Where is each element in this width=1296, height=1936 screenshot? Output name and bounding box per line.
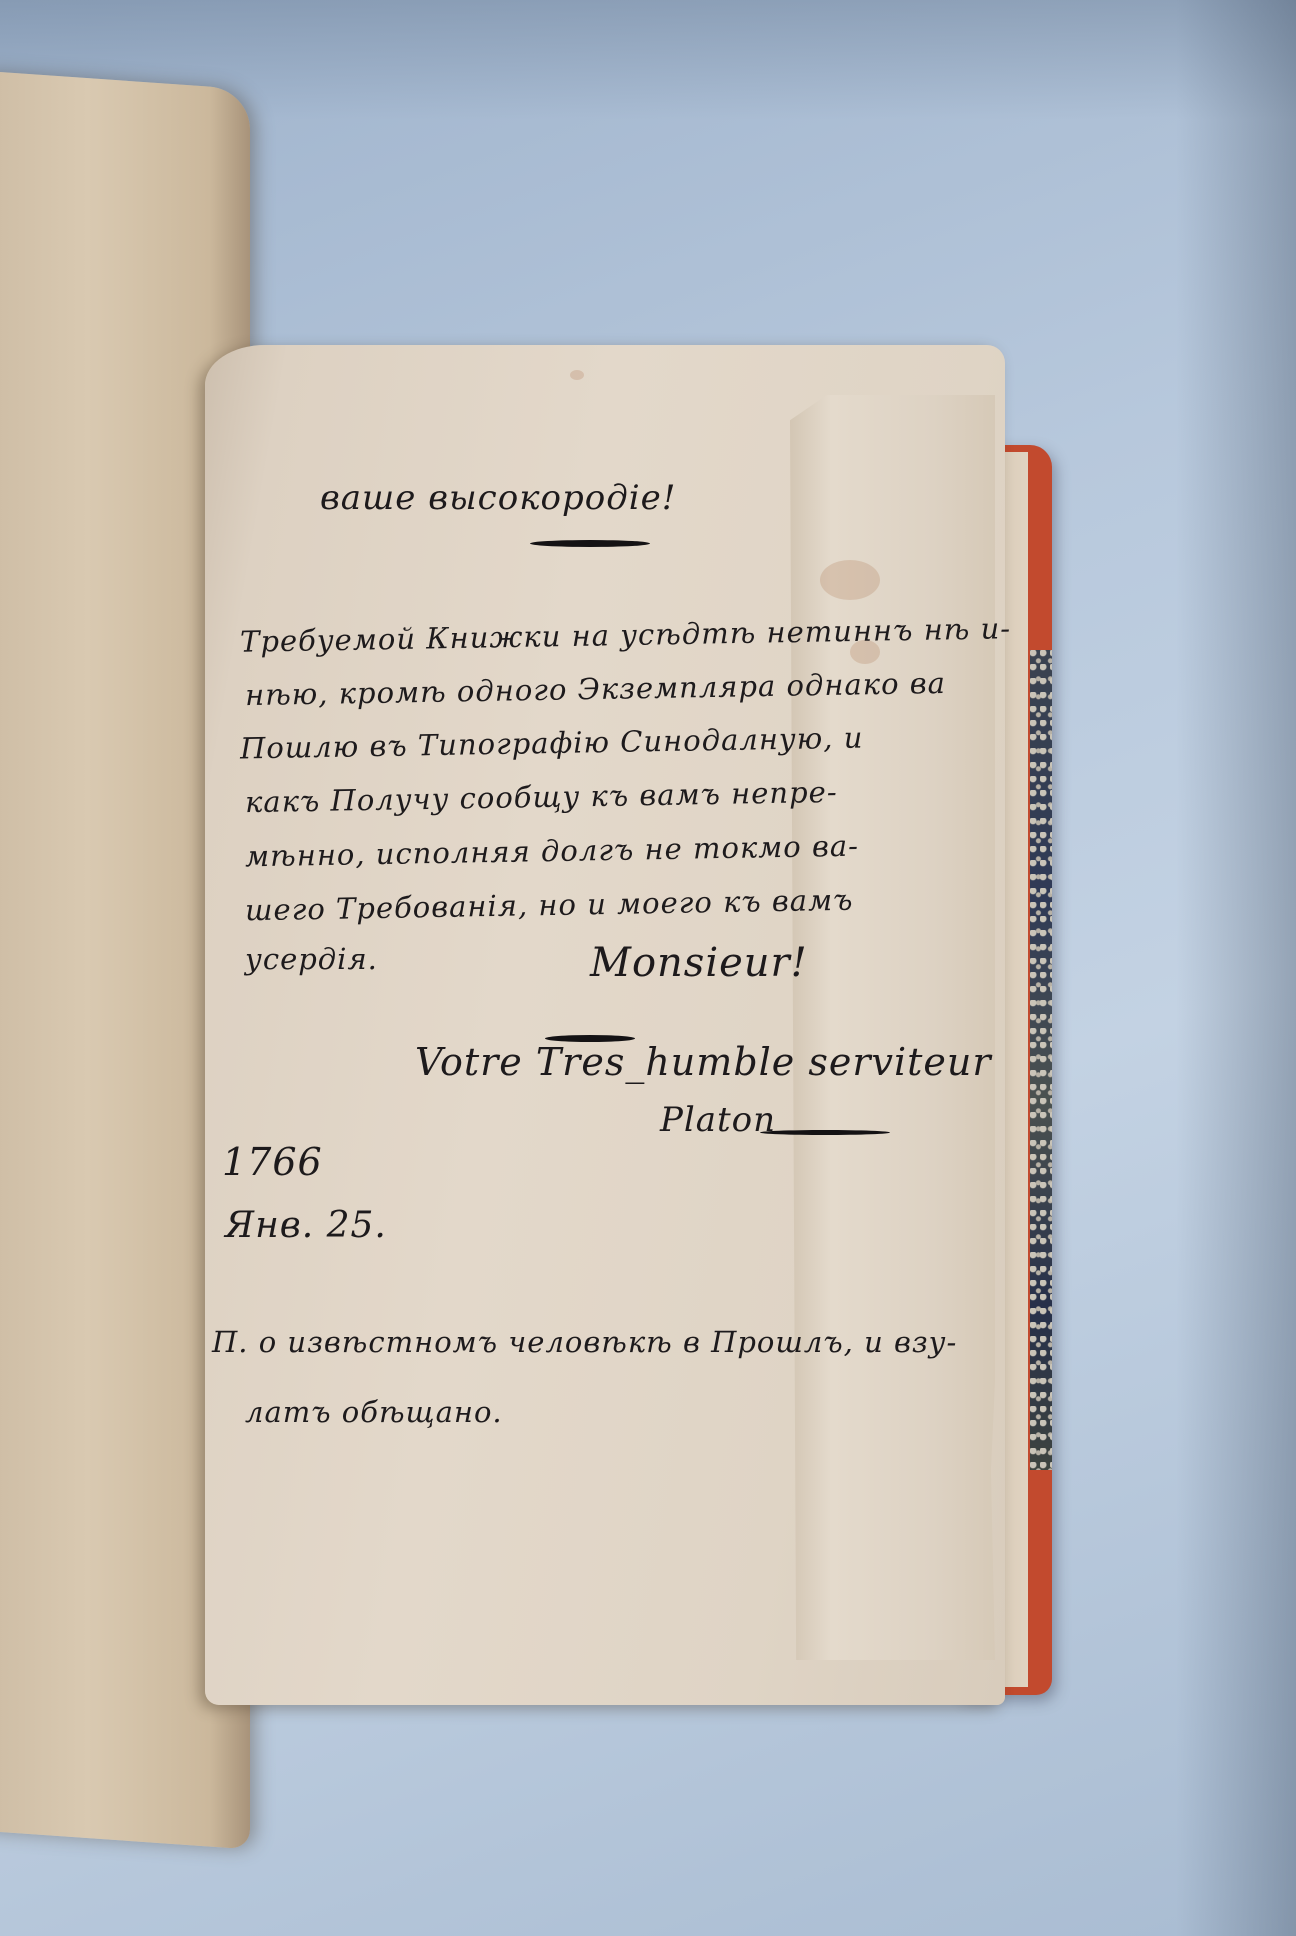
background-shadow-right [1176,0,1296,1936]
annotation-date: Янв. 25. [225,1205,387,1246]
letter-body-line: усердiя. [245,942,378,976]
letter-signature: Platon [660,1100,776,1140]
letter-salutation: ваше высокородiе! [320,478,676,518]
annotation-year: 1766 [222,1140,323,1184]
marbled-paper-edge [1030,650,1052,1470]
closing-salutation: Monsieur! [590,940,808,986]
annotation-note-line: П. о извѣстномъ человѣкѣ в Прошлъ, и взу… [212,1325,957,1359]
signature-flourish [760,1130,890,1135]
annotation-note-line: латъ обѣщано. [245,1395,503,1429]
foxing-stain [570,370,584,380]
letter-closing: Votre Tres_humble serviteur [415,1040,992,1084]
foxing-stain [820,560,880,600]
ink-flourish [530,540,650,547]
